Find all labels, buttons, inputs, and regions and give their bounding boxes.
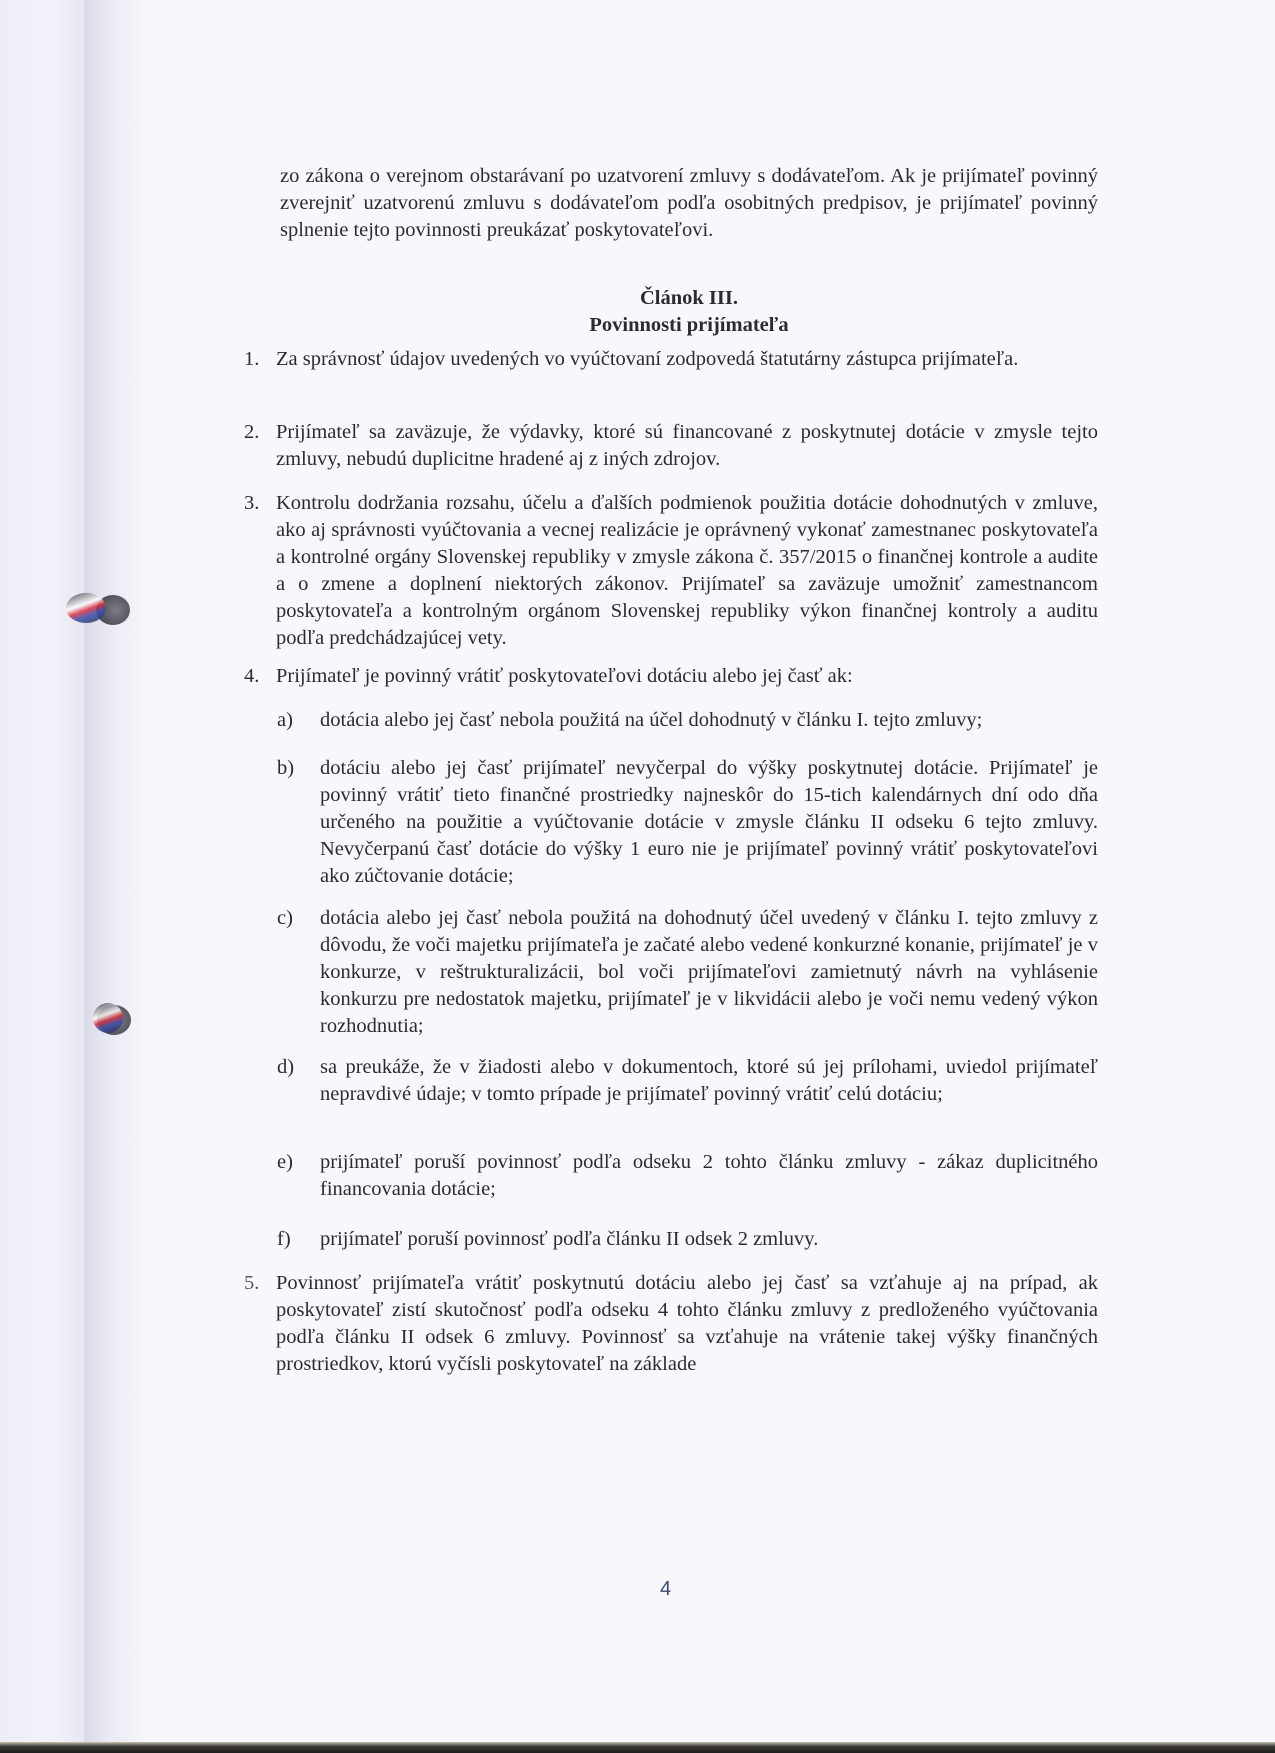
subitem-letter: e) [277, 1149, 293, 1176]
intro-paragraph: zo zákona o verejnom obstarávaní po uzat… [280, 163, 1098, 244]
item-number: 5. [244, 1270, 259, 1297]
item-number: 3. [244, 490, 259, 517]
scanner-bottom-edge [0, 1742, 1275, 1753]
item-number: 2. [244, 419, 259, 446]
subitem-letter: d) [277, 1054, 294, 1081]
binder-hole-top [96, 595, 130, 625]
subitem: dotácia alebo jej časť nebola použitá na… [320, 905, 1098, 1040]
subitem: sa preukáže, že v žiadosti alebo v dokum… [320, 1054, 1098, 1108]
binding-cord [66, 593, 106, 623]
list-item: Povinnosť prijímateľa vrátiť poskytnutú … [276, 1270, 1098, 1378]
list-item: Za správnosť údajov uvedených vo vyúčtov… [276, 346, 1098, 373]
subitem-letter: a) [277, 707, 293, 734]
page-fold-shadow [84, 0, 144, 1745]
list-item: Prijímateľ je povinný vrátiť poskytovate… [276, 663, 1098, 690]
item-number: 4. [244, 663, 259, 690]
article-title: Povinnosti prijímateľa [280, 312, 1098, 339]
binding-cord [93, 1003, 123, 1033]
subitem: prijímateľ poruší povinnosť podľa článku… [320, 1226, 1098, 1253]
subitem: prijímateľ poruší povinnosť podľa odseku… [320, 1149, 1098, 1203]
list-item: Kontrolu dodržania rozsahu, účelu a ďalš… [276, 490, 1098, 652]
page-number: 4 [660, 1578, 671, 1601]
subitem: dotácia alebo jej časť nebola použitá na… [320, 707, 1098, 734]
binder-hole-bottom [97, 1005, 131, 1035]
item-number: 1. [244, 346, 259, 373]
subitem-letter: f) [277, 1226, 291, 1253]
subitem: dotáciu alebo jej časť prijímateľ nevyče… [320, 755, 1098, 890]
subitem-letter: c) [277, 905, 293, 932]
binder-strip [0, 0, 88, 1745]
article-number: Článok III. [280, 285, 1098, 312]
list-item: Prijímateľ sa zaväzuje, že výdavky, ktor… [276, 419, 1098, 473]
subitem-letter: b) [277, 755, 294, 782]
